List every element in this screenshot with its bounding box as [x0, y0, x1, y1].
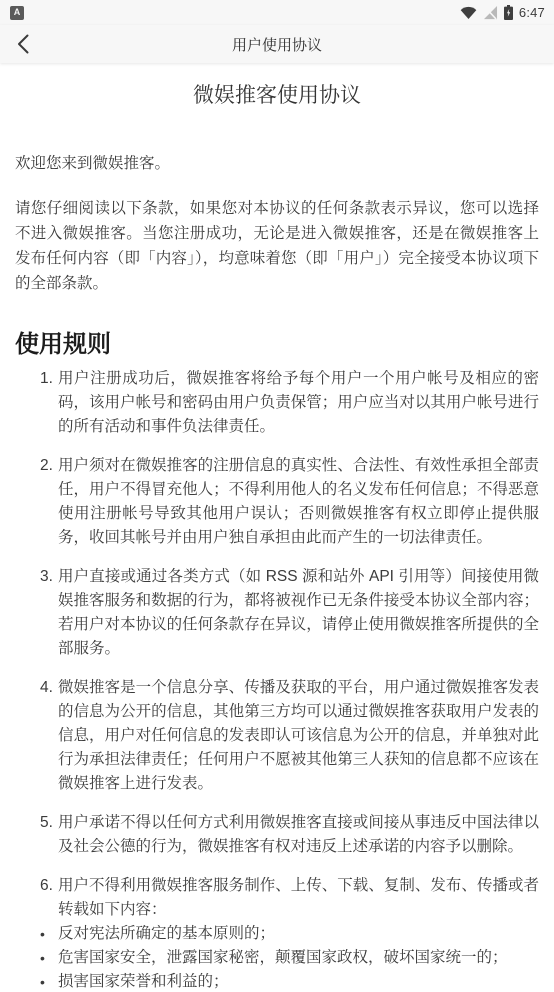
rule-number: 1. — [40, 367, 58, 439]
rule-item: 6. 用户不得利用微娱推客服务制作、上传、下载、复制、发布、传播或者转载如下内容… — [40, 874, 539, 922]
rule-number: 2. — [40, 454, 58, 550]
rule-text: 用户注册成功后，微娱推客将给予每个用户一个用户帐号及相应的密码，该用户帐号和密码… — [58, 367, 539, 439]
prohibited-content-list: • 反对宪法所确定的基本原则的； • 危害国家安全，泄露国家秘密，颠覆国家政权，… — [15, 922, 539, 992]
status-bar-right: 6:47 — [460, 5, 545, 20]
rule-text: 微娱推客是一个信息分享、传播及获取的平台，用户通过微娱推客发表的信息为公开的信息… — [58, 676, 539, 796]
rule-number: 6. — [40, 874, 58, 922]
rule-item: 4. 微娱推客是一个信息分享、传播及获取的平台，用户通过微娱推客发表的信息为公开… — [40, 676, 539, 796]
no-signal-icon — [483, 6, 498, 20]
nav-bar: 用户使用协议 — [0, 25, 554, 63]
intro-paragraph-notice: 请您仔细阅读以下条款，如果您对本协议的任何条款表示异议，您可以选择不进入微娱推客… — [15, 196, 539, 296]
prohibited-item-text: 损害国家荣誉和利益的； — [58, 970, 539, 992]
rule-item: 2. 用户须对在微娱推客的注册信息的真实性、合法性、有效性承担全部责任，用户不得… — [40, 454, 539, 550]
rule-item: 1. 用户注册成功后，微娱推客将给予每个用户一个用户帐号及相应的密码，该用户帐号… — [40, 367, 539, 439]
intro-paragraph-welcome: 欢迎您来到微娱推客。 — [15, 151, 539, 176]
rule-item: 3. 用户直接或通过各类方式（如 RSS 源和站外 API 引用等）间接使用微娱… — [40, 565, 539, 661]
app-screen: A 6:47 用户使用协议 微娱推客使用协 — [0, 0, 554, 992]
rule-item: 5. 用户承诺不得以任何方式利用微娱推客直接或间接从事违反中国法律以及社会公德的… — [40, 811, 539, 859]
status-time: 6:47 — [519, 5, 545, 20]
list-item: • 危害国家安全，泄露国家秘密，颠覆国家政权，破坏国家统一的； — [40, 946, 539, 970]
rule-text: 用户直接或通过各类方式（如 RSS 源和站外 API 引用等）间接使用微娱推客服… — [58, 565, 539, 661]
bullet-icon: • — [40, 922, 58, 946]
page-title: 用户使用协议 — [0, 34, 554, 55]
section-title-usage-rules: 使用规则 — [15, 328, 539, 361]
battery-charging-icon — [504, 5, 513, 20]
rule-number: 4. — [40, 676, 58, 796]
prohibited-item-text: 危害国家安全，泄露国家秘密，颠覆国家政权，破坏国家统一的； — [58, 946, 539, 970]
rule-text: 用户须对在微娱推客的注册信息的真实性、合法性、有效性承担全部责任，用户不得冒充他… — [58, 454, 539, 550]
prohibited-item-text: 反对宪法所确定的基本原则的； — [58, 922, 539, 946]
rule-text: 用户不得利用微娱推客服务制作、上传、下载、复制、发布、传播或者转载如下内容： — [58, 874, 539, 922]
back-icon — [17, 34, 29, 54]
agreement-scroll-area[interactable]: 微娱推客使用协议 欢迎您来到微娱推客。 请您仔细阅读以下条款，如果您对本协议的任… — [0, 63, 554, 992]
wifi-icon — [460, 6, 477, 20]
notification-label: A — [14, 8, 21, 17]
rules-list: 1. 用户注册成功后，微娱推客将给予每个用户一个用户帐号及相应的密码，该用户帐号… — [15, 367, 539, 922]
bullet-icon: • — [40, 970, 58, 992]
list-item: • 损害国家荣誉和利益的； — [40, 970, 539, 992]
notification-a-icon: A — [10, 6, 24, 20]
status-bar: A 6:47 — [0, 0, 554, 25]
bullet-icon: • — [40, 946, 58, 970]
back-button[interactable] — [6, 25, 40, 63]
rule-number: 3. — [40, 565, 58, 661]
rule-number: 5. — [40, 811, 58, 859]
rule-text: 用户承诺不得以任何方式利用微娱推客直接或间接从事违反中国法律以及社会公德的行为，… — [58, 811, 539, 859]
list-item: • 反对宪法所确定的基本原则的； — [40, 922, 539, 946]
document-title: 微娱推客使用协议 — [15, 81, 539, 111]
